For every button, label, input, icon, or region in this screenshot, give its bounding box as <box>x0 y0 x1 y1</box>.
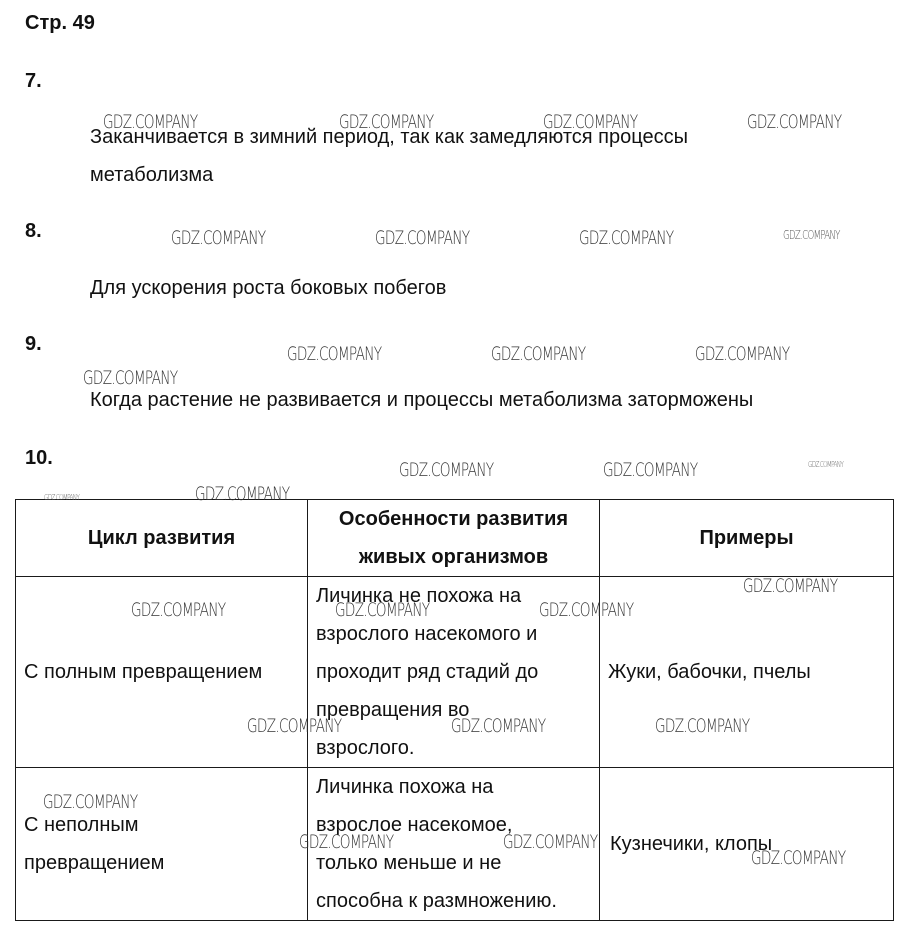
features-line: Личинка похожа на <box>316 768 591 806</box>
question-number-8: 8. <box>25 220 42 243</box>
question-number-7: 7. <box>25 70 42 93</box>
question-number-10: 10. <box>25 447 53 470</box>
watermark: GDZ.COMPANY <box>375 227 469 249</box>
features-line: превращения во <box>316 691 591 729</box>
watermark: GDZ.COMPANY <box>399 459 493 481</box>
features-line: взрослого. <box>316 729 591 767</box>
features-line: взрослое насекомое, <box>316 806 591 844</box>
header-features-line-2: живых организмов <box>316 538 591 576</box>
features-line: взрослого насекомого и <box>316 615 591 653</box>
cell-examples: Жуки, бабочки, пчелы <box>600 577 894 768</box>
table-row: С неполным превращением Личинка похожа н… <box>16 768 894 921</box>
development-cycle-table: Цикл развития Особенности развития живых… <box>15 499 894 921</box>
watermark: GDZ.COMPANY <box>171 227 265 249</box>
watermark: GDZ.COMPANY <box>579 227 673 249</box>
cycle-text-line: превращением <box>24 844 299 882</box>
cell-examples: Кузнечики, клопы <box>600 768 894 921</box>
table-row: С полным превращением Личинка не похожа … <box>16 577 894 768</box>
watermark: GDZ.COMPANY <box>747 111 841 133</box>
examples-text: Жуки, бабочки, пчелы <box>608 661 811 683</box>
watermark: GDZ.COMPANY <box>287 343 381 365</box>
cell-cycle: С полным превращением <box>16 577 308 768</box>
cell-cycle: С неполным превращением <box>16 768 308 921</box>
header-examples: Примеры <box>600 500 894 577</box>
table-header-row: Цикл развития Особенности развития живых… <box>16 500 894 577</box>
cycle-text-line: С неполным <box>24 806 299 844</box>
header-features-line-1: Особенности развития <box>316 500 591 538</box>
answer-7-line-2: метаболизма <box>90 156 213 194</box>
features-line: проходит ряд стадий до <box>316 653 591 691</box>
features-line: только меньше и не <box>316 844 591 882</box>
header-features: Особенности развития живых организмов <box>308 500 600 577</box>
watermark: GDZ.COMPANY <box>603 459 697 481</box>
answer-8: Для ускорения роста боковых побегов <box>90 269 446 307</box>
question-number-9: 9. <box>25 333 42 356</box>
header-cycle-label: Цикл развития <box>88 527 235 549</box>
cycle-text: С полным превращением <box>24 661 262 683</box>
examples-text: Кузнечики, клопы <box>610 833 772 855</box>
watermark: GDZ.COMPANY <box>695 343 789 365</box>
cell-features: Личинка не похожа на взрослого насекомог… <box>308 577 600 768</box>
answer-9: Когда растение не развивается и процессы… <box>90 381 753 419</box>
watermark: GDZ.COMPANY <box>783 228 840 242</box>
header-cycle: Цикл развития <box>16 500 308 577</box>
header-examples-label: Примеры <box>699 527 793 549</box>
features-line: способна к размножению. <box>316 882 591 920</box>
watermark: GDZ.COMPANY <box>491 343 585 365</box>
answer-7-line-1: Заканчивается в зимний период, так как з… <box>90 118 688 156</box>
watermark: GDZ.COMPANY <box>808 460 843 469</box>
page-title: Стр. 49 <box>25 12 95 35</box>
cell-features: Личинка похожа на взрослое насекомое, то… <box>308 768 600 921</box>
features-line: Личинка не похожа на <box>316 577 591 615</box>
